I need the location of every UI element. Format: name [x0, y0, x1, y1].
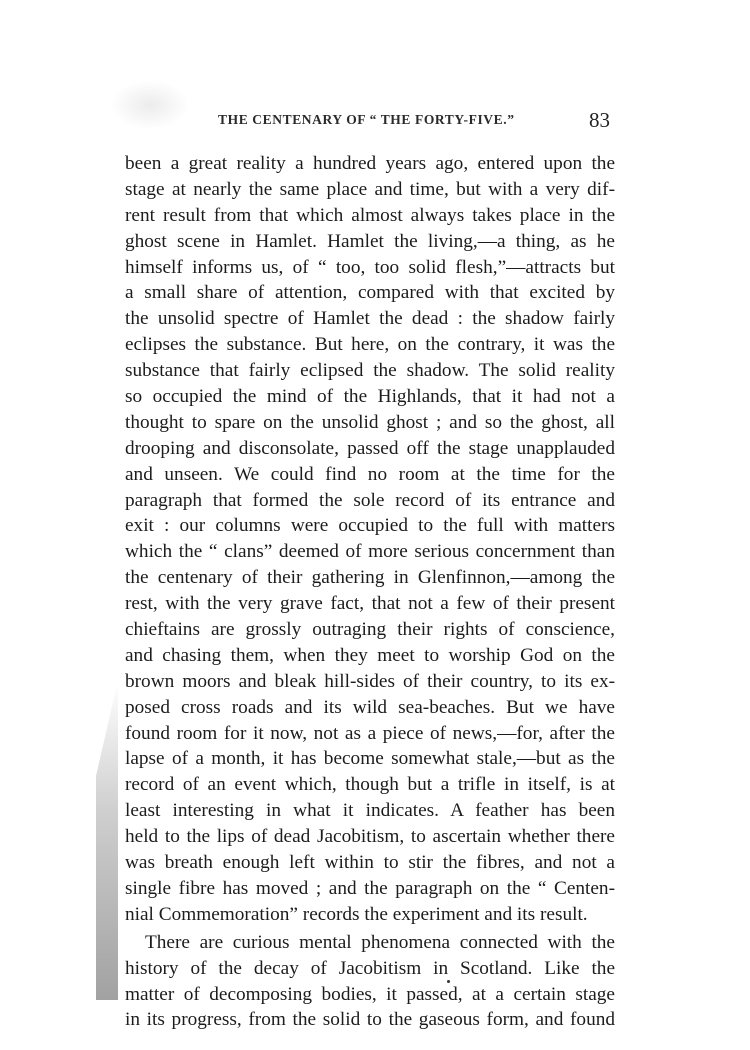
text-line: and unseen. We could find no room at the…	[125, 462, 615, 488]
text-line: rent result from that which almost alway…	[125, 203, 615, 229]
text-line: substance that fairly eclipsed the shado…	[125, 358, 615, 384]
text-line: a small share of attention, compared wit…	[125, 280, 615, 306]
text-line: chieftains are grossly outraging their r…	[125, 617, 615, 643]
text-line: posed cross roads and its wild sea-beach…	[125, 695, 615, 721]
text-line: and chasing them, when they meet to wors…	[125, 643, 615, 669]
text-line: the centenary of their gathering in Glen…	[125, 565, 615, 591]
ink-speck	[447, 980, 450, 983]
text-line: stage at nearly the same place and time,…	[125, 177, 615, 203]
text-line: There are curious mental phenomena conne…	[125, 930, 615, 956]
text-line: brown moors and bleak hill-sides of thei…	[125, 669, 615, 695]
text-line: lapse of a month, it has become somewhat…	[125, 746, 615, 772]
text-line: so occupied the mind of the Highlands, t…	[125, 384, 615, 410]
paragraph: There are curious mental phenomena conne…	[125, 930, 615, 1034]
text-line: ghost scene in Hamlet. Hamlet the living…	[125, 229, 615, 255]
text-line: history of the decay of Jacobitism in Sc…	[125, 956, 615, 982]
text-line: held to the lips of dead Jacobitism, to …	[125, 824, 615, 850]
page-number: 83	[589, 108, 610, 133]
paragraph: been a great reality a hundred years ago…	[125, 151, 615, 928]
text-line: least interesting in what it indicates. …	[125, 798, 615, 824]
text-line: record of an event which, though but a t…	[125, 772, 615, 798]
text-line: thought to spare on the unsolid ghost ; …	[125, 410, 615, 436]
text-line: single fibre has moved ; and the paragra…	[125, 876, 615, 902]
running-title: THE CENTENARY OF “ THE FORTY-FIVE.”	[218, 112, 515, 128]
text-line: drooping and disconsolate, passed off th…	[125, 436, 615, 462]
text-line: found room for it now, not as a piece of…	[125, 721, 615, 747]
text-line: which the “ clans” deemed of more seriou…	[125, 539, 615, 565]
gutter-shadow	[96, 680, 118, 1000]
scan-smudge	[110, 80, 190, 130]
text-line: been a great reality a hundred years ago…	[125, 151, 615, 177]
text-line: the unsolid spectre of Hamlet the dead :…	[125, 306, 615, 332]
running-header: THE CENTENARY OF “ THE FORTY-FIVE.” 83	[218, 110, 618, 134]
text-line: eclipses the substance. But here, on the…	[125, 332, 615, 358]
text-line: rest, with the very grave fact, that not…	[125, 591, 615, 617]
text-line: exit : our columns were occupied to the …	[125, 513, 615, 539]
body-text: been a great reality a hundred years ago…	[125, 151, 615, 1033]
text-line: in its progress, from the solid to the g…	[125, 1007, 615, 1033]
text-line: was breath enough left within to stir th…	[125, 850, 615, 876]
text-line: nial Commemoration” records the experime…	[125, 902, 615, 928]
book-page: THE CENTENARY OF “ THE FORTY-FIVE.” 83 b…	[0, 0, 750, 1050]
text-line: paragraph that formed the sole record of…	[125, 488, 615, 514]
text-line: himself informs us, of “ too, too solid …	[125, 255, 615, 281]
text-line: matter of decomposing bodies, it passed,…	[125, 982, 615, 1008]
